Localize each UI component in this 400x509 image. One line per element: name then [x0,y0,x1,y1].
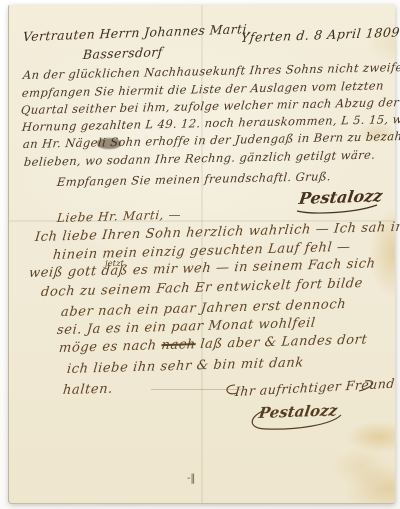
body2-line: ich liebe ihn sehr & bin mit dank [66,355,304,377]
body1-closing-line: Empfangen Sie meinen freundschaftl. Gruß… [56,169,331,189]
address-town: Bassersdorf [82,44,163,62]
address-recipient: Vertrauten Herrn Johannes Marti, [22,21,251,44]
struck-word: nach [161,337,197,353]
scanned-letter-view: Vertrauten Herrn Johannes Marti, Bassers… [0,0,400,509]
dateline: Yferten d. 8 April 1809. [240,24,400,45]
collation-mark: -‖ [187,473,195,484]
body1-line: belieben, wo sodann Ihre Rechng. gänzlic… [23,148,376,169]
crease-line [151,389,241,390]
line-text-pre: möge es nach [58,338,162,356]
letter-paper: Vertrauten Herrn Johannes Marti, Bassers… [8,5,395,504]
signature-first: Pestalozz [298,186,384,208]
body2-line: halten. [62,382,113,398]
line-text-post: laß aber & Landes dort [195,332,368,352]
signature-second: Pestalozz [258,401,339,422]
body2-heading: Liebe Hr. Marti, — [56,208,182,226]
closing-formula: Ihr aufrichtiger Freund [234,376,395,399]
ink-blot [97,138,121,149]
